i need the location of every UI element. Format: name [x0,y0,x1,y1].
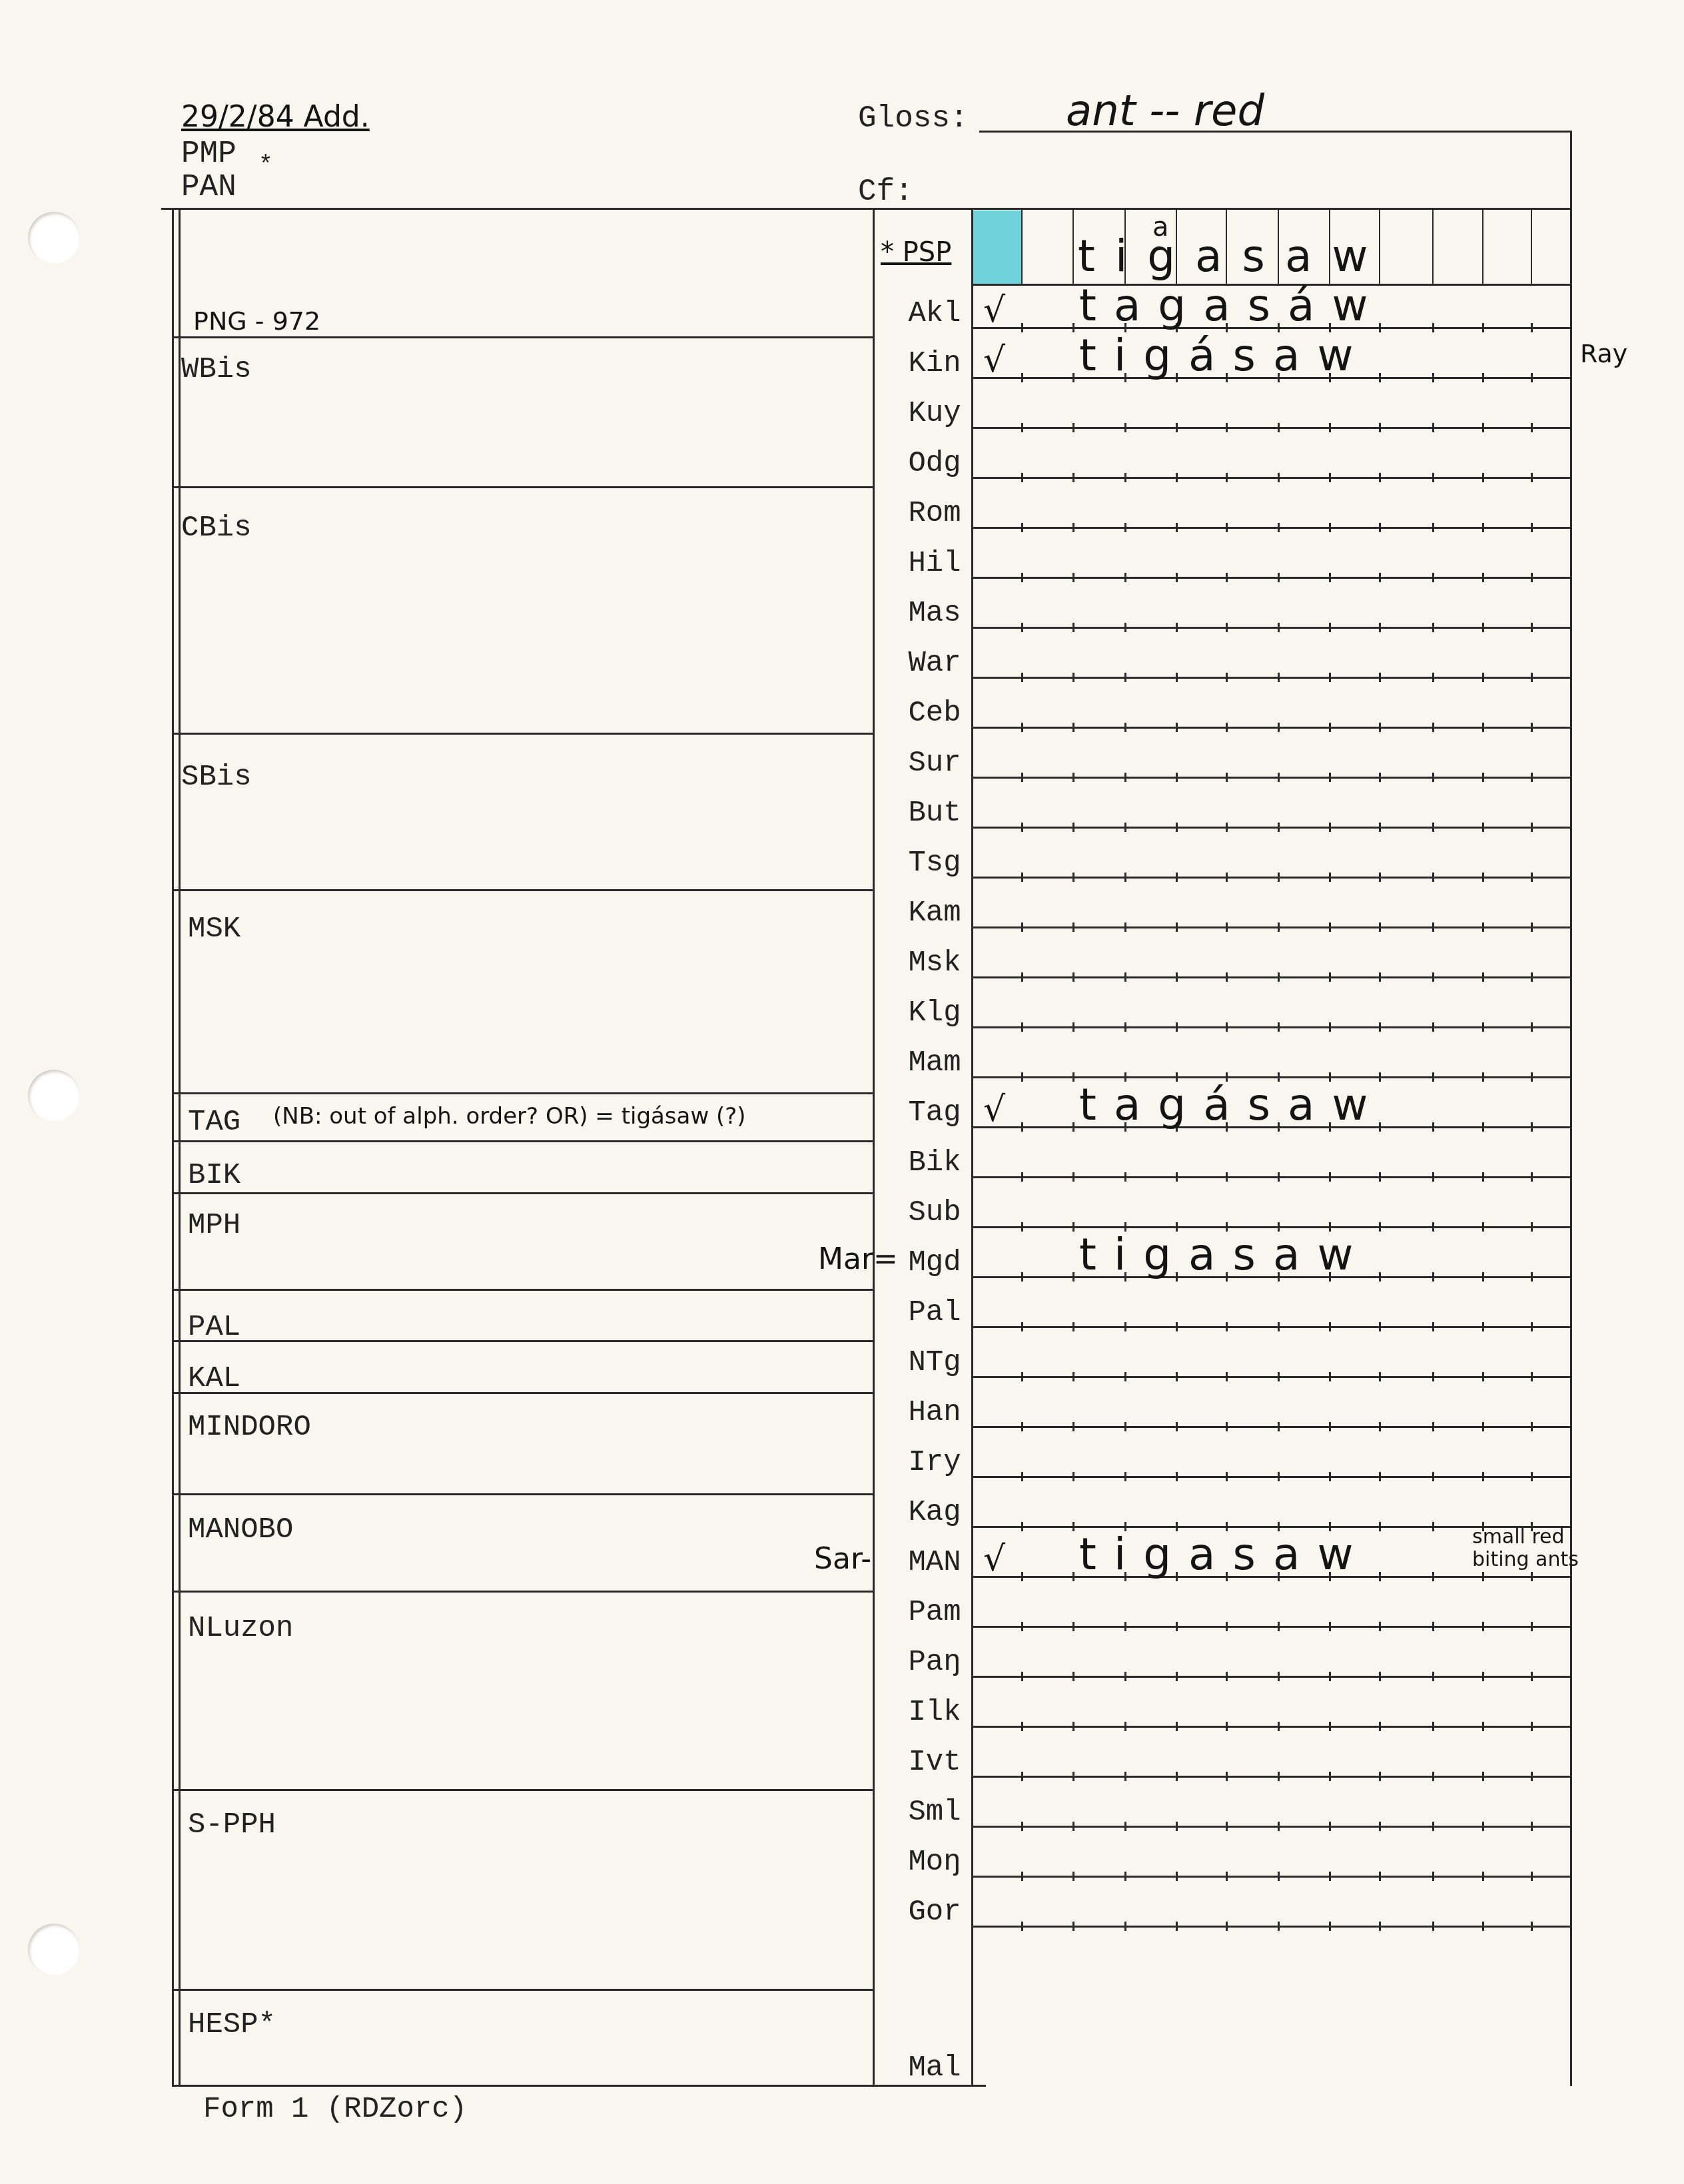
grid-tick [1226,1772,1228,1781]
grid-tick [1072,573,1074,582]
grid-tick [1432,1822,1434,1831]
grid-tick [1531,1172,1533,1182]
grid-tick [1072,1122,1074,1132]
grid-tick [1021,423,1023,432]
grid-tick [1021,1372,1023,1381]
grid-tick [1278,1822,1280,1831]
grid-tick [1432,1372,1434,1381]
grid-tick [1072,623,1074,632]
grid-tick [1379,673,1381,682]
grid-tick [1072,1572,1074,1581]
grid-tick [1432,1572,1434,1581]
grid-tick [1226,723,1228,732]
grid-tick [1278,1172,1280,1182]
grid-tick [1278,1672,1280,1681]
grid-tick [1482,1872,1484,1881]
grid-tick [1124,423,1126,432]
cognate-form-man[interactable]: tigasaw [1079,1529,1370,1580]
grid-tick [1379,1772,1381,1781]
language-code-tag: Tag [891,1096,978,1130]
grid-tick [1531,1272,1533,1281]
grid-tick [1379,523,1381,532]
grid-tick [1432,673,1434,682]
grid-tick [1176,1672,1178,1681]
section-divider [172,486,874,488]
grid-tick [1432,1722,1434,1731]
grid-tick [1226,1472,1228,1481]
section-divider [172,336,874,338]
grid-tick [1482,1472,1484,1481]
grid-tick [1021,1122,1023,1132]
grid-tick [1226,823,1228,832]
grid-tick [1329,573,1331,582]
cognate-form-akl[interactable]: tagasáw [1079,280,1385,331]
grid-tick [1176,573,1178,582]
grid-tick [1124,723,1126,732]
grid-tick [1072,1722,1074,1731]
section-label-wbis: WBis [181,353,252,386]
grid-tick [1531,972,1533,982]
grid-tick [1379,1022,1381,1032]
grid-tick [1432,323,1434,332]
grid-tick [1432,723,1434,732]
grid-tick [1432,1322,1434,1331]
grid-tick [1379,623,1381,632]
grid-tick [1176,723,1178,732]
grid-tick [1021,623,1023,632]
language-code-iry: Iry [891,1446,978,1479]
section-label-nluzon: NLuzon [188,1612,293,1645]
pan-label: PAN [181,170,236,204]
grid-tick [1379,873,1381,882]
section-note: PNG - 972 [193,306,320,336]
grid-tick [1432,623,1434,632]
grid-tick [1379,1822,1381,1831]
grid-tick [1021,972,1023,982]
grid-tick [1482,1122,1484,1132]
grid-tick [1329,423,1331,432]
grid-tick [1124,673,1126,682]
grid-tick [1021,1772,1023,1781]
grid-tick [1329,1722,1331,1731]
grid-tick [1531,1672,1533,1681]
checkmark-icon: √ [983,340,1005,380]
grid-tick [1176,473,1178,482]
grid-tick [1482,1422,1484,1431]
grid-tick [1021,873,1023,882]
grid-tick [1329,523,1331,532]
grid-tick [1379,473,1381,482]
grid-tick [1021,922,1023,932]
grid-tick [1482,1022,1484,1032]
cognate-form-tag[interactable]: tagásaw [1079,1079,1385,1130]
grid-tick [1176,773,1178,782]
grid-tick [1379,1422,1381,1431]
grid-tick [1379,1272,1381,1281]
grid-tick [1531,323,1533,332]
grid-tick [1432,773,1434,782]
grid-tick [1482,373,1484,382]
grid-tick [1379,823,1381,832]
grid-tick [1072,1472,1074,1481]
grid-tick [1176,1022,1178,1032]
language-code-kag: Kag [891,1496,978,1529]
grid-tick [1278,673,1280,682]
grid-tick [1482,1172,1484,1182]
grid-tick [1482,1222,1484,1232]
grid-tick [1278,1022,1280,1032]
grid-tick [1531,1122,1533,1132]
grid-tick [1329,1422,1331,1431]
section-label-hesp-: HESP* [188,2008,276,2041]
dialect-prefix-note: Mar= [818,1242,898,1276]
grid-tick [1176,1372,1178,1381]
grid-tick [1482,523,1484,532]
grid-tick [1278,1422,1280,1431]
grid-tick [1176,873,1178,882]
grid-tick [1531,573,1533,582]
form-right-border-top [1570,131,1572,210]
grid-tick [1226,523,1228,532]
grid-tick [1531,1022,1533,1032]
grid-tick [1432,873,1434,882]
section-divider [172,1140,874,1142]
grid-tick [1329,823,1331,832]
grid-tick [1072,323,1074,332]
dialect-prefix-note: Sar- [814,1542,871,1576]
grid-tick [1278,473,1280,482]
grid-tick [1482,1822,1484,1831]
grid-tick [1379,1672,1381,1681]
grid-tick [1432,1622,1434,1631]
grid-tick [1329,1772,1331,1781]
language-code-bik: Bik [891,1146,978,1180]
grid-tick [1124,1872,1126,1881]
psp-highlight [973,210,1021,284]
psp-form[interactable]: tigasaw [1078,230,1388,282]
grid-tick [1226,1872,1228,1881]
language-code-ilk: Ilk [891,1696,978,1729]
grid-tick [1226,473,1228,482]
grid-tick [1124,1822,1126,1831]
grid-tick [1329,1872,1331,1881]
grid-tick [1072,773,1074,782]
grid-tick [1124,1172,1126,1182]
section-divider [172,1789,874,1791]
cognate-form-mgd[interactable]: tigasaw [1079,1229,1370,1280]
grid-tick [1226,1672,1228,1681]
language-code-mas: Mas [891,597,978,630]
grid-tick [1482,773,1484,782]
grid-tick [1021,1272,1023,1281]
language-code-mam: Mam [891,1046,978,1080]
grid-tick [1482,1272,1484,1281]
grid-tick [1124,1322,1126,1331]
grid-tick [1226,673,1228,682]
grid-tick [1482,723,1484,732]
language-code-han: Han [891,1396,978,1429]
grid-tick [1124,1722,1126,1731]
grid-tick [1432,423,1434,432]
language-code-mal: Mal [891,2051,978,2085]
checkmark-icon: √ [983,290,1005,330]
section-divider [172,1493,874,1495]
grid-tick [1124,922,1126,932]
grid-tick [1021,1572,1023,1581]
grid-tick [1531,1472,1533,1481]
language-code-sub: Sub [891,1196,978,1230]
grid-tick [1021,1872,1023,1881]
grid-tick [1176,523,1178,532]
grid-tick [1021,1672,1023,1681]
grid-tick [1124,1422,1126,1431]
grid-tick [1278,1472,1280,1481]
grid-tick [1072,673,1074,682]
language-code-sur: Sur [891,747,978,780]
language-code-ntg: NTg [891,1346,978,1379]
grid-tick [1531,473,1533,482]
grid-tick [1124,573,1126,582]
grid-tick [1226,972,1228,982]
grid-tick [1072,972,1074,982]
grid-tick [1226,1422,1228,1431]
grid-tick [1072,373,1074,382]
grid-tick [1432,972,1434,982]
grid-tick [1072,1072,1074,1082]
language-code-war: War [891,647,978,680]
section-label-msk: MSK [188,912,240,946]
grid-tick [1021,1422,1023,1431]
grid-tick [1072,1372,1074,1381]
section-label-mindoro: MINDORO [188,1411,311,1444]
grid-tick [1176,972,1178,982]
grid-tick [1176,1422,1178,1431]
grid-tick [1432,1272,1434,1281]
grid-tick [1531,1422,1533,1431]
grid-tick [1176,423,1178,432]
grid-tick [1278,922,1280,932]
grid-tick [1176,1322,1178,1331]
grid-tick [1482,823,1484,832]
grid-tick [1124,473,1126,482]
grid-tick [1124,823,1126,832]
cognate-form-kin[interactable]: tigásaw [1079,330,1370,381]
section-divider [172,1989,874,1991]
grid-tick [1124,623,1126,632]
grid-tick [1124,773,1126,782]
grid-tick [1021,673,1023,682]
pmp-label: PMP [181,137,236,171]
grid-tick [1278,972,1280,982]
section-divider [172,889,874,891]
grid-tick [1226,1372,1228,1381]
grid-tick [1176,1722,1178,1731]
grid-tick [1482,1322,1484,1331]
grid-tick [1329,1172,1331,1182]
grid-tick [1124,1772,1126,1781]
gloss-underline [979,131,1572,133]
grid-tick [1176,823,1178,832]
grid-tick [1531,773,1533,782]
grid-tick [1482,922,1484,932]
grid-tick [1226,1722,1228,1731]
language-code-kuy: Kuy [891,397,978,430]
grid-tick [1176,1822,1178,1831]
grid-tick [1021,1322,1023,1331]
grid-tick [1531,723,1533,732]
language-code-hil: Hil [891,547,978,580]
grid-tick [1379,773,1381,782]
psp-label: * PSP [881,237,951,268]
grid-tick [1124,523,1126,532]
grid-tick [1531,1722,1533,1731]
grid-tick [1278,573,1280,582]
grid-tick [1432,1522,1434,1531]
grid-tick [1021,1072,1023,1082]
grid-tick [1482,972,1484,982]
gloss-value[interactable]: ant -- red [1066,87,1264,136]
grid-tick [1072,1172,1074,1182]
section-divider [172,733,874,735]
grid-tick [1278,773,1280,782]
grid-tick [1124,1022,1126,1032]
section-divider [172,1392,874,1394]
grid-tick [1432,523,1434,532]
grid-tick [1379,1572,1381,1581]
grid-tick [1072,523,1074,532]
grid-tick [1124,972,1126,982]
section-label-kal: KAL [188,1362,240,1395]
grid-tick [1176,1922,1178,1931]
grid-tick [1329,922,1331,932]
grid-tick [1432,1422,1434,1431]
grid-tick [1124,1922,1126,1931]
grid-tick [1432,473,1434,482]
section-divider [172,1289,874,1291]
grid-tick [1072,423,1074,432]
grid-tick [1329,1622,1331,1631]
punch-hole [28,1924,80,1976]
grid-tick [1072,823,1074,832]
language-code-ivt: Ivt [891,1746,978,1779]
section-label-cbis: CBis [181,512,252,545]
grid-tick [1379,1172,1381,1182]
grid-tick [1432,1872,1434,1881]
section-label-pal: PAL [188,1311,240,1344]
grid-tick [1176,1472,1178,1481]
grid-tick [1072,1522,1074,1531]
section-divider [172,1092,874,1094]
grid-tick [1072,1922,1074,1931]
grid-tick [1432,1472,1434,1481]
section-label-manobo: MANOBO [188,1513,293,1547]
grid-tick [1482,1372,1484,1381]
grid-tick [1176,1622,1178,1631]
grid-tick [1124,1372,1126,1381]
grid-tick [1021,473,1023,482]
section-label-tag: TAG [188,1106,240,1139]
grid-tick [1021,573,1023,582]
grid-tick [1482,1072,1484,1082]
grid-tick [1072,1622,1074,1631]
grid-tick [1072,1272,1074,1281]
grid-tick [1278,823,1280,832]
grid-tick [1021,1222,1023,1232]
grid-tick [1379,1522,1381,1531]
language-code-sml: Sml [891,1796,978,1829]
grid-tick [1482,323,1484,332]
grid-tick [1021,1922,1023,1931]
grid-tick [1021,523,1023,532]
grid-tick [1072,1322,1074,1331]
left-inner-border [179,208,181,2086]
date-note: 29/2/84 Add. [181,100,370,134]
grid-tick [1072,1022,1074,1032]
grid-tick [1531,1072,1533,1082]
language-code-ceb: Ceb [891,697,978,730]
grid-tick [1531,1822,1533,1831]
grid-tick [1226,573,1228,582]
grid-tick [1226,922,1228,932]
grid-tick [1072,922,1074,932]
grid-tick [1531,1872,1533,1881]
grid-tick [1379,1222,1381,1232]
psp-column-divider [1531,208,1532,285]
grid-tick [1432,373,1434,382]
grid-tick [1379,922,1381,932]
section-note: (NB: out of alph. order? OR) = tigásaw (… [273,1103,746,1130]
grid-right-border [1570,208,1572,2086]
grid-tick [1072,1772,1074,1781]
grid-tick [1531,1772,1533,1781]
grid-tick [1021,823,1023,832]
grid-tick [1482,1622,1484,1631]
grid-tick [1482,1722,1484,1731]
grid-tick [1176,623,1178,632]
language-code-mgd: Mgd [891,1246,978,1279]
grid-tick [1329,1022,1331,1032]
grid-tick [1379,723,1381,732]
grid-tick [1482,1922,1484,1931]
language-code-akl: Akl [891,297,978,330]
grid-tick [1482,1772,1484,1781]
grid-tick [1329,1822,1331,1831]
grid-tick [1226,1822,1228,1831]
language-code-odg: Odg [891,447,978,480]
language-code-gor: Gor [891,1896,978,1929]
side-note: small red biting ants [1472,1526,1599,1571]
grid-tick [1021,1172,1023,1182]
grid-tick [1278,623,1280,632]
grid-tick [1072,1872,1074,1881]
grid-tick [1226,773,1228,782]
grid-tick [1432,1022,1434,1032]
grid-tick [1329,773,1331,782]
language-code-man: MAN [891,1546,978,1579]
table-bottom-border [172,2085,986,2087]
grid-tick [1072,1822,1074,1831]
language-code-msk: Msk [891,946,978,980]
grid-tick [1531,873,1533,882]
grid-tick [1278,523,1280,532]
psp-column-divider [1482,208,1483,285]
grid-tick [1072,873,1074,882]
grid-tick [1379,1722,1381,1731]
grid-tick [1278,873,1280,882]
form-label: Form 1 (RDZorc) [203,2093,467,2126]
grid-tick [1278,1372,1280,1381]
grid-tick [1432,823,1434,832]
